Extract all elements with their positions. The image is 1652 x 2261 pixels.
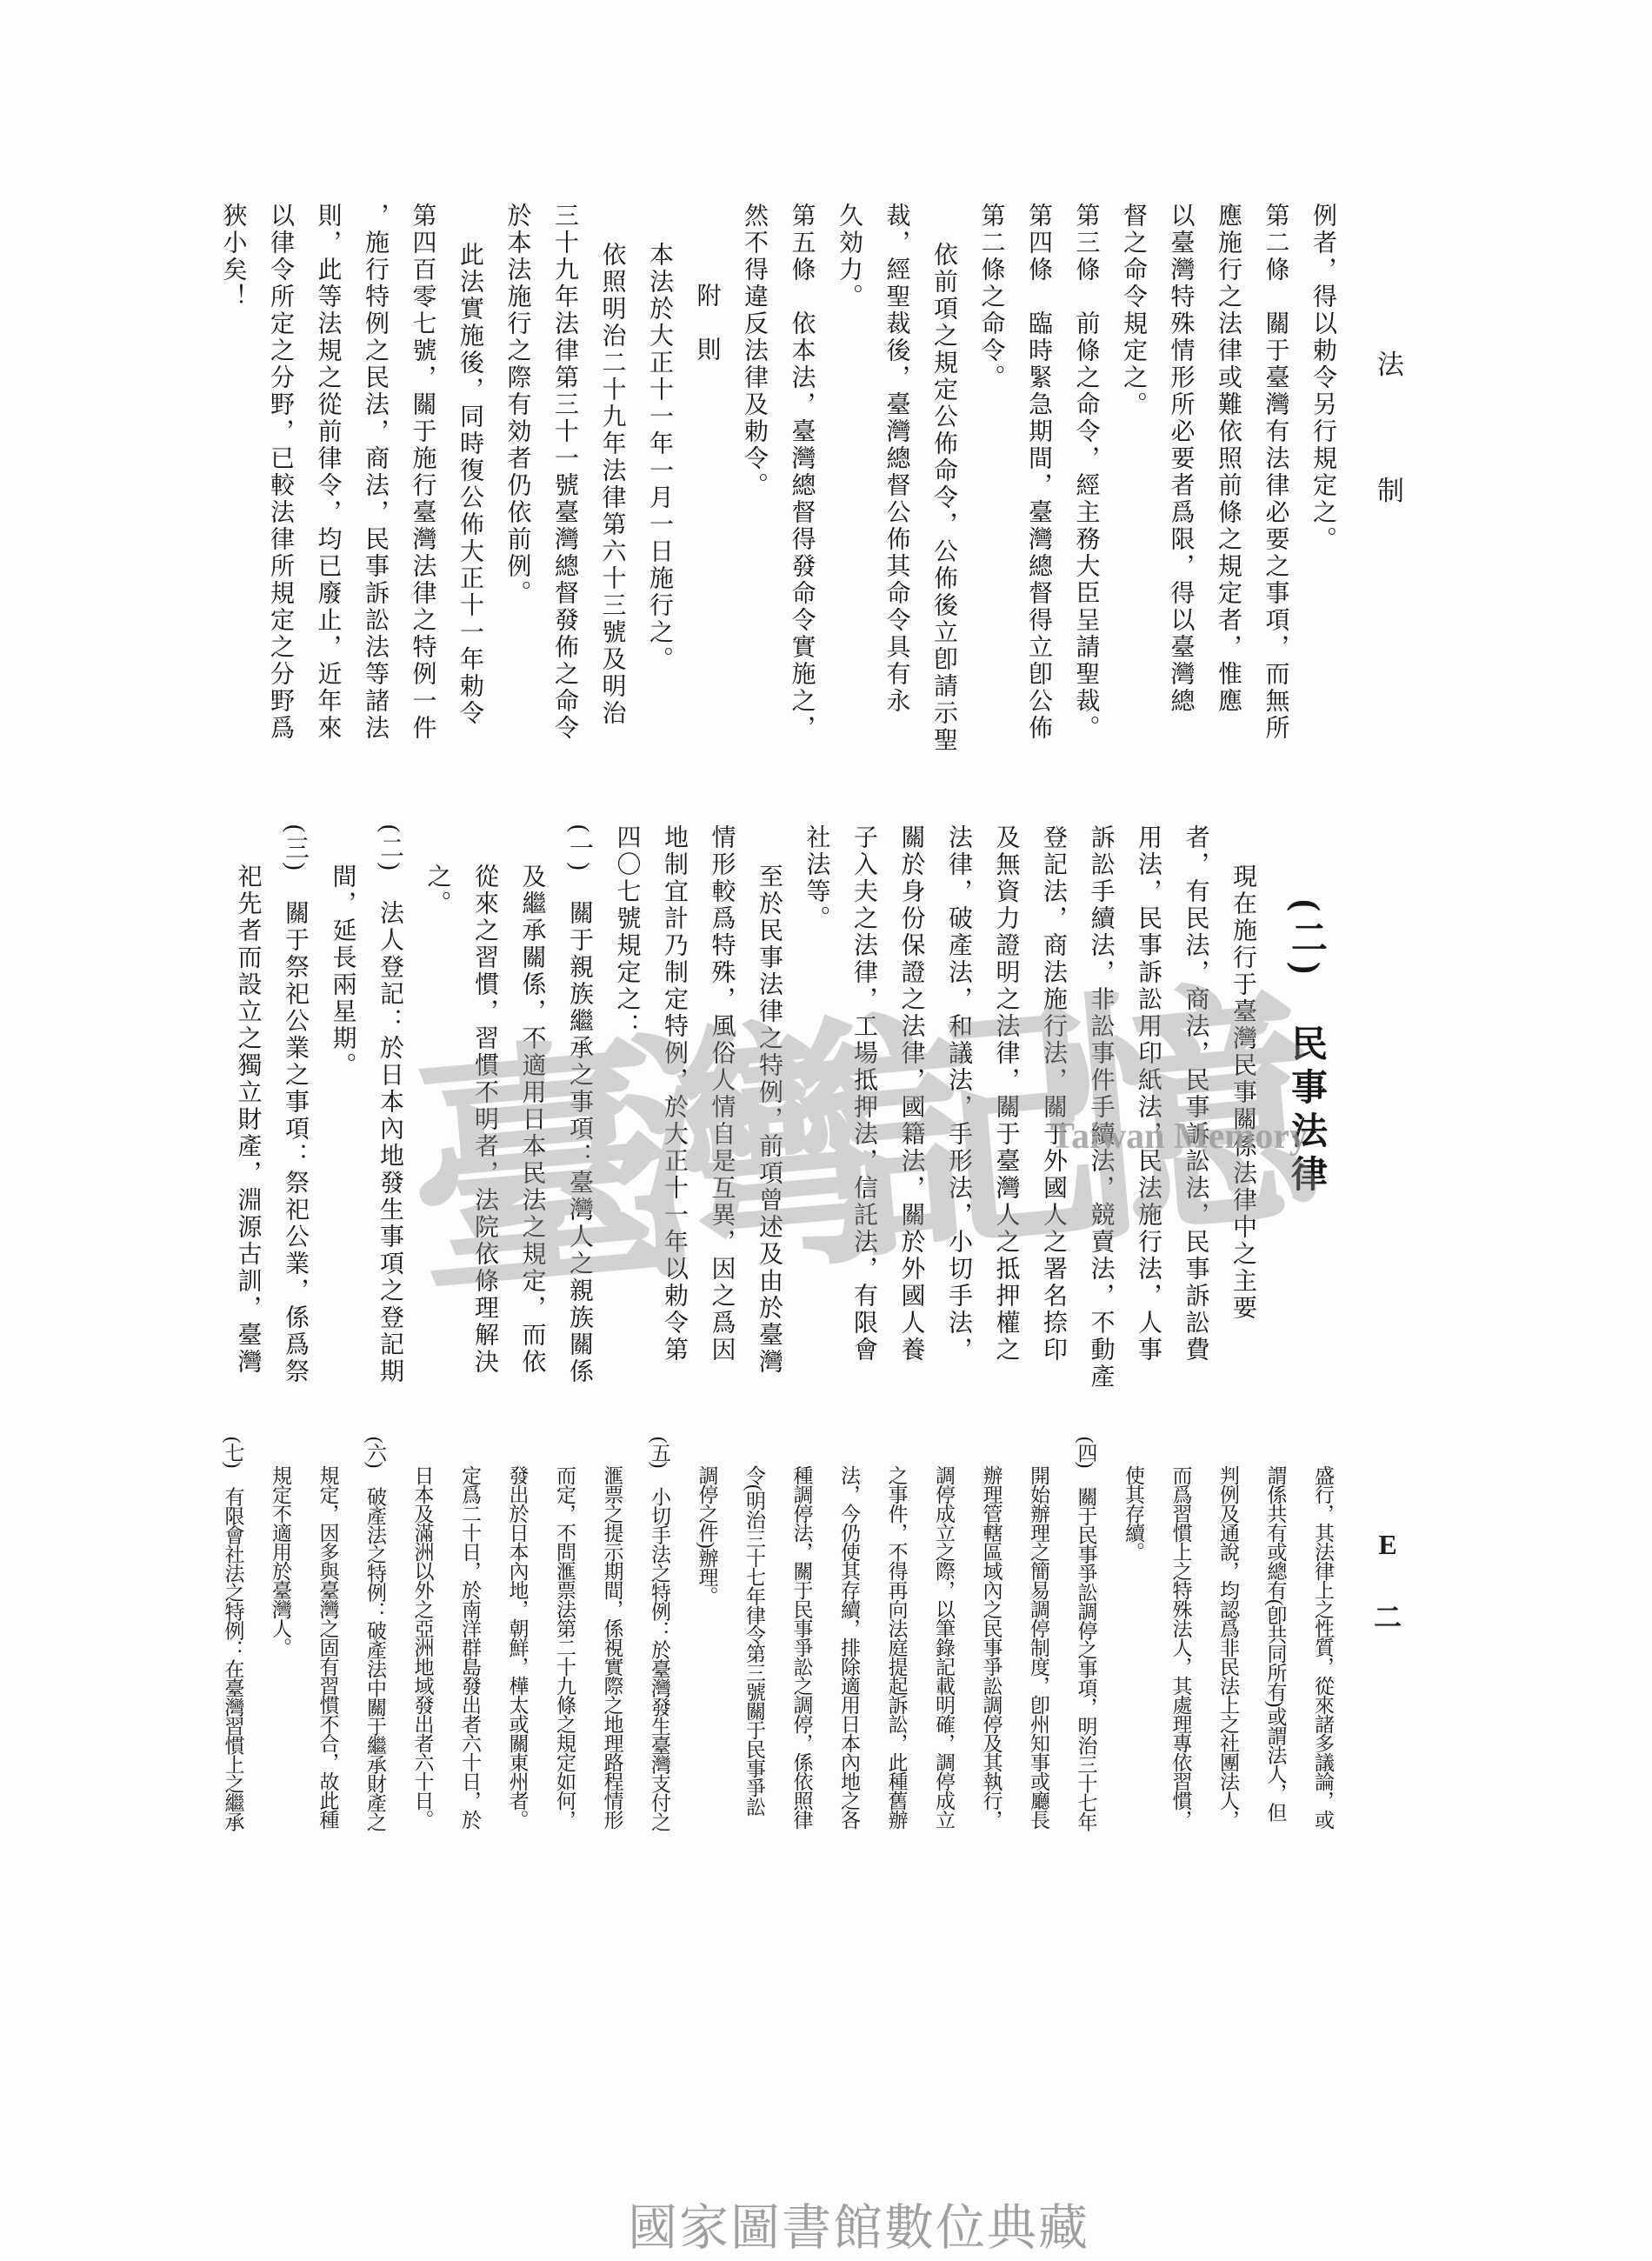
text-column: ，施行特例之民法，商法，民事訴訟法等諸法: [351, 203, 399, 811]
text-column: 子入夫之法律，工場抵押法，信託法，有限會: [840, 824, 888, 1433]
text-column: 三十九年法律第三十一號臺灣總督發佈之命令: [541, 203, 589, 811]
text-column: 者，有民法，商法，民事訴訟法，民事訴訟費: [1171, 824, 1219, 1433]
text-column: (六) 破產法之特例：破產法中關于繼承財產之: [351, 1437, 399, 1863]
text-column: 第四條 臨時緊急期間，臺灣總督得立卽公佈: [1015, 203, 1062, 811]
margin-label-char: 法: [1377, 343, 1404, 382]
text-column: (一) 關于親族繼承之事項：臺灣人之親族關係: [556, 824, 603, 1433]
text-column: 訴訟手續法，非訟事件手續法，競賣法，不動產: [1076, 824, 1124, 1433]
text-column: 狹小矣！: [209, 203, 256, 811]
text-column: 應施行之法律或難依照前條之規定者，惟應: [1204, 203, 1252, 811]
text-column: (七) 有限會社法之特例：在臺灣習慣上之繼承: [209, 1437, 256, 1863]
text-column: 發出於日本內地，朝鮮，樺太或關東州者。: [493, 1437, 541, 1863]
text-column: 則，此等法規之從前律令，均已廢止，近年來: [303, 203, 351, 811]
text-column: 於本法施行之際有効者仍依前例。: [493, 203, 541, 811]
text-column: (五) 小切手法之特例：於臺灣發生臺灣支付之: [636, 1437, 683, 1863]
text-column: 法律，破產法，和議法，手形法，小切手法，: [935, 824, 983, 1433]
text-column: 辦理管轄區域內之民事爭訟調停及其執行，: [967, 1437, 1015, 1863]
text-column: 開始辦理之簡易調停制度，卽州知事或廳長: [1015, 1437, 1062, 1863]
text-column: 之。: [413, 824, 461, 1433]
page-number-char: 二: [1374, 1596, 1402, 1636]
text-column: 使其存續。: [1109, 1437, 1157, 1863]
text-column: 久効力。: [825, 203, 873, 811]
text-column: 法，今仍使其存續，排除適用日本內地之各: [825, 1437, 873, 1863]
text-column: 調停之件)辦理。: [683, 1437, 730, 1863]
text-column: 第二條之命令。: [967, 203, 1015, 811]
text-column: 令(明治三十七年律令第三號關于民事爭訟: [730, 1437, 778, 1863]
text-column: 登記法，商法施行法，關于外國人之署名捺印: [1029, 824, 1077, 1433]
text-column: 及無資力證明之法律，關于臺灣人之抵押權之: [982, 824, 1029, 1433]
text-column: 以律令所定之分野，已較法律所規定之分野爲: [256, 203, 304, 811]
text-column: 以臺灣特殊情形所必要者爲限，得以臺灣總: [1156, 203, 1204, 811]
text-column: 間，延長兩星期。: [318, 824, 366, 1433]
text-column: 本法於大正十一年一月一日施行之。: [636, 203, 683, 811]
margin-label-char: 制: [1377, 469, 1404, 508]
text-column: 祀先者而設立之獨立財產，淵源古訓，臺灣: [223, 824, 271, 1433]
text-column: 情形較爲特殊，風俗人情自是互異，因之爲因: [697, 824, 745, 1433]
text-column: 第二條 關于臺灣有法律必要之事項，而無所: [1251, 203, 1299, 811]
text-column: 第五條 依本法，臺灣總督得發命令實施之，: [777, 203, 825, 811]
text-column: 四〇七號規定之：: [603, 824, 650, 1433]
text-column: 盛行，其法律上之性質，從來諸多議論，或: [1299, 1437, 1347, 1863]
text-column: 及繼承關係，不適用日本民法之規定，而依: [508, 824, 556, 1433]
text-column: 而爲習慣上之特殊法人，其處理專依習慣，: [1156, 1437, 1204, 1863]
text-column: 依前項之規定公佈命令，公佈後立卽請示聖: [920, 203, 968, 811]
text-column: 從來之習慣，習慣不明者，法院依條理解決: [461, 824, 509, 1433]
text-column: (二) 法人登記：於日本內地發生事項之登記期: [366, 824, 414, 1433]
text-column: (四) 關于民事爭訟調停之事項，明治三十七年: [1062, 1437, 1109, 1863]
text-column: 地制宜計乃制定特例，於大正十一年以勅令第: [650, 824, 698, 1433]
text-column: 之事件，不得再向法庭提起訴訟，此種舊辦: [872, 1437, 920, 1863]
text-column: 裁，經聖裁後，臺灣總督公佈其命令具有永: [872, 203, 920, 811]
text-column: 滙票之提示期間，係視實際之地理路程情形: [588, 1437, 636, 1863]
text-column: (三) 關于祭祀公業之事項：祭祀公業，係爲祭: [271, 824, 319, 1433]
text-column: 判例及通說，均認爲非民法上之社團法人，: [1204, 1437, 1252, 1863]
section-margin-label: 法 制: [1377, 343, 1404, 508]
text-column: 附 則: [683, 203, 730, 811]
text-column: 至於民事法律之特例，前項曾述及由於臺灣: [745, 824, 793, 1433]
text-column: 社法等。: [792, 824, 840, 1433]
scanned-document-page: 法 制 例者，得以勅令另行規定之。第二條 關于臺灣有法律必要之事項，而無所應施行…: [0, 0, 1652, 2261]
text-column: 例者，得以勅令另行規定之。: [1299, 203, 1347, 811]
text-column: 依照明治二十九年法律第六十三號及明治: [588, 203, 636, 811]
page-number-char: E: [1378, 1529, 1396, 1561]
text-column: 規定不適用於臺灣人。: [256, 1437, 304, 1863]
text-column: 現在施行于臺灣民事關係法律中之主要: [1219, 824, 1267, 1433]
text-column: 關於身份保證之法律，國籍法，關於外國人養: [887, 824, 935, 1433]
text-column: 種調停法，關于民事爭訟之調停，係依照律: [777, 1437, 825, 1863]
text-column: 第三條 前條之命令，經主務大臣呈請聖裁。: [1062, 203, 1109, 811]
text-column: 用法，民事訴訟用印紙法，民法施行法，人事: [1124, 824, 1172, 1433]
text-column: 然不得違反法律及勅令。: [730, 203, 778, 811]
section-header-column: (二) 民事法律: [1266, 824, 1346, 1433]
text-column: 謂係共有或總有(卽共同所有)或謂法人，但: [1251, 1437, 1299, 1863]
text-column: 第四百零七號，關于施行臺灣法律之特例一件: [398, 203, 446, 811]
text-column: 此法實施後，同時復公佈大正十一年勅令: [446, 203, 494, 811]
text-column: 規定，因多與臺灣之固有習慣不合，故此種: [303, 1437, 351, 1863]
text-band-civil-law: (二) 民事法律現在施行于臺灣民事關係法律中之主要者，有民法，商法，民事訴訟法，…: [223, 824, 1346, 1433]
text-column: 調停成立之際，以筆錄記載明確，調停成立: [920, 1437, 968, 1863]
text-column: 督之命令規定之。: [1109, 203, 1157, 811]
archive-caption: 國家圖書館數位典藏: [628, 2188, 1089, 2259]
text-column: 而定，不問滙票法第二十九條之規定如何，: [541, 1437, 589, 1863]
text-band-civil-law-items: 盛行，其法律上之性質，從來諸多議論，或謂係共有或總有(卽共同所有)或謂法人，但判…: [209, 1437, 1346, 1863]
text-band-law-articles: 例者，得以勅令另行規定之。第二條 關于臺灣有法律必要之事項，而無所應施行之法律或…: [209, 203, 1346, 811]
text-column: 日本及滿洲以外之亞洲地域發出者六十日。: [398, 1437, 446, 1863]
text-column: 定爲二十日，於南洋群島發出者六十日，於: [446, 1437, 494, 1863]
page-number-label: E 二: [1374, 1529, 1402, 1636]
